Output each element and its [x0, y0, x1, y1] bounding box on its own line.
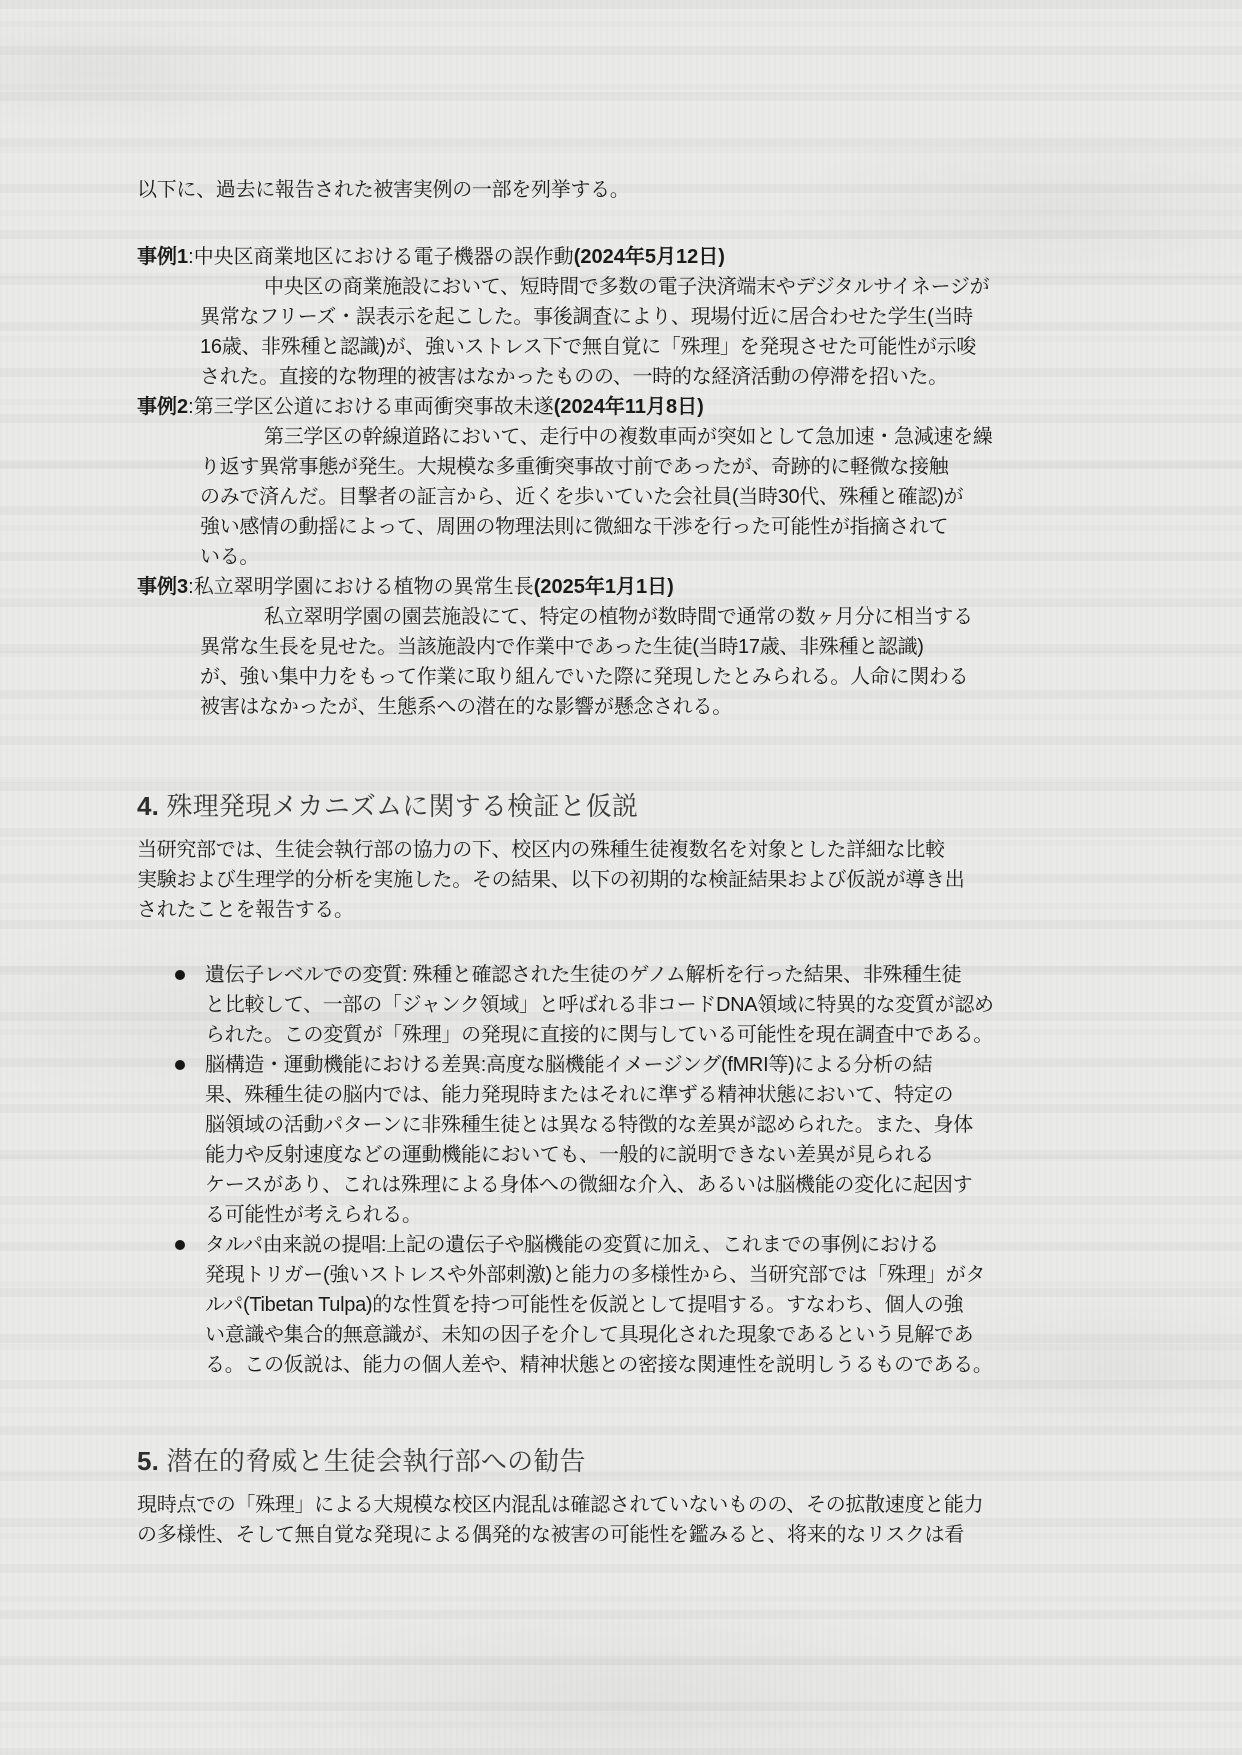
case-3-line: 被害はなかったが、生態系への潜在的な影響が懸念される。: [200, 692, 1117, 722]
scanned-document-page: 以下に、過去に報告された被害実例の一部を列挙する。 事例1:中央区商業地区におけ…: [0, 0, 1242, 1755]
bullet-tulpa-text: タルパ由来説の提唱:上記の遺伝子や脳機能の変質に加え、これまでの事例における 発…: [205, 1230, 1117, 1380]
case-2-line: り返す異常事態が発生。大規模な多重衝突事故寸前であったが、奇跡的に軽微な接触: [200, 452, 1117, 482]
case-1-heading: 事例1:中央区商業地区における電子機器の誤作動(2024年5月12日): [137, 242, 1117, 272]
case-2-line: のみで済んだ。目撃者の証言から、近くを歩いていた会社員(当時30代、殊種と確認)…: [200, 482, 1117, 512]
bullet-icon: [175, 970, 185, 980]
paragraph-line: の多様性、そして無自覚な発現による偶発的な被害の可能性を鑑みると、将来的なリスク…: [137, 1520, 1117, 1550]
bullet-brain-text: 脳構造・運動機能における差異:高度な脳機能イメージング(fMRI等)による分析の…: [205, 1050, 1117, 1230]
bullet-line: 脳構造・運動機能における差異:高度な脳機能イメージング(fMRI等)による分析の…: [205, 1050, 1117, 1080]
section-4-title: 殊理発現メカニズムに関する検証と仮説: [167, 791, 639, 821]
bullet-line: と比較して、一部の「ジャンク領域」と呼ばれる非コードDNA領域に特異的な変質が認…: [205, 990, 1117, 1020]
case-3-label: 事例3: [137, 576, 188, 598]
section-5-title: 潜在的脅威と生徒会執行部への勧告: [167, 1446, 586, 1476]
paragraph-line: 実験および生理学的分析を実施した。その結果、以下の初期的な検証結果および仮説が導…: [137, 865, 1117, 895]
case-3-date: (2025年1月1日): [534, 576, 674, 598]
case-3-body: 私立翠明学園の園芸施設にて、特定の植物が数時間で通常の数ヶ月分に相当する 異常な…: [137, 602, 1117, 722]
case-2-title: 第三学区公道における車両衝突事故未遂: [194, 396, 554, 418]
section-5-paragraph: 現時点での「殊理」による大規模な校区内混乱は確認されていないものの、その拡散速度…: [137, 1490, 1117, 1550]
bullet-line: 能力や反射速度などの運動機能においても、一般的に説明できない差異が見られる: [205, 1140, 1117, 1170]
case-2: 事例2:第三学区公道における車両衝突事故未遂(2024年11月8日) 第三学区の…: [137, 392, 1117, 572]
intro-line: 以下に、過去に報告された被害実例の一部を列挙する。: [137, 175, 1117, 205]
case-1-line: 16歳、非殊種と認識)が、強いストレス下で無自覚に「殊理」を発現させた可能性が示…: [200, 332, 1117, 362]
case-1-line: 中央区の商業施設において、短時間で多数の電子決済端末やデジタルサイネージが: [200, 272, 1117, 302]
bullet-line: 遺伝子レベルでの変質: 殊種と確認された生徒のゲノム解析を行った結果、非殊種生徒: [205, 960, 1117, 990]
bullet-line: る。この仮説は、能力の個人差や、精神状態との密接な関連性を説明しうるものである。: [205, 1350, 1117, 1380]
bullet-icon: [175, 1240, 185, 1250]
bullet-line: る可能性が考えられる。: [205, 1200, 1117, 1230]
case-3-line: が、強い集中力をもって作業に取り組んでいた際に発現したとみられる。人命に関わる: [200, 662, 1117, 692]
case-1-line: された。直接的な物理的被害はなかったものの、一時的な経済活動の停滞を招いた。: [200, 362, 1117, 392]
bullet-line: タルパ由来説の提唱:上記の遺伝子や脳機能の変質に加え、これまでの事例における: [205, 1230, 1117, 1260]
findings-bullet-list: 遺伝子レベルでの変質: 殊種と確認された生徒のゲノム解析を行った結果、非殊種生徒…: [137, 960, 1117, 1380]
case-2-heading: 事例2:第三学区公道における車両衝突事故未遂(2024年11月8日): [137, 392, 1117, 422]
bullet-line: 果、殊種生徒の脳内では、能力発現時またはそれに準ずる精神状態において、特定の: [205, 1080, 1117, 1110]
case-2-line: 第三学区の幹線道路において、走行中の複数車両が突如として急加速・急減速を繰: [200, 422, 1117, 452]
case-1-title: 中央区商業地区における電子機器の誤作動: [194, 246, 574, 268]
paragraph-line: 当研究部では、生徒会執行部の協力の下、校区内の殊種生徒複数名を対象とした詳細な比…: [137, 835, 1117, 865]
paragraph-line: されたことを報告する。: [137, 895, 1117, 925]
case-1-line: 異常なフリーズ・誤表示を起こした。事後調査により、現場付近に居合わせた学生(当時: [200, 302, 1117, 332]
document-content: 以下に、過去に報告された被害実例の一部を列挙する。 事例1:中央区商業地区におけ…: [137, 175, 1117, 1753]
section-5-number: 5.: [137, 1446, 159, 1476]
case-1-body: 中央区の商業施設において、短時間で多数の電子決済端末やデジタルサイネージが 異常…: [137, 272, 1117, 392]
bullet-brain: 脳構造・運動機能における差異:高度な脳機能イメージング(fMRI等)による分析の…: [137, 1050, 1117, 1230]
section-5-heading: 5. 潜在的脅威と生徒会執行部への勧告: [137, 1443, 1117, 1479]
bullet-genetics-text: 遺伝子レベルでの変質: 殊種と確認された生徒のゲノム解析を行った結果、非殊種生徒…: [205, 960, 1117, 1050]
bullet-tulpa: タルパ由来説の提唱:上記の遺伝子や脳機能の変質に加え、これまでの事例における 発…: [137, 1230, 1117, 1380]
paragraph-line: 現時点での「殊理」による大規模な校区内混乱は確認されていないものの、その拡散速度…: [137, 1490, 1117, 1520]
case-2-line: 強い感情の動揺によって、周囲の物理法則に微細な干渉を行った可能性が指摘されて: [200, 512, 1117, 542]
bullet-line: ケースがあり、これは殊理による身体への微細な介入、あるいは脳機能の変化に起因す: [205, 1170, 1117, 1200]
section-4-number: 4.: [137, 791, 159, 821]
case-3-title: 私立翠明学園における植物の異常生長: [194, 576, 534, 598]
section-4-heading: 4. 殊理発現メカニズムに関する検証と仮説: [137, 788, 1117, 824]
bullet-line: ルパ(Tibetan Tulpa)的な性質を持つ可能性を仮説として提唱する。すな…: [205, 1290, 1117, 1320]
case-2-date: (2024年11月8日): [554, 396, 704, 418]
case-1-date: (2024年5月12日): [574, 246, 725, 268]
bullet-line: 発現トリガー(強いストレスや外部刺激)と能力の多様性から、当研究部では「殊理」が…: [205, 1260, 1117, 1290]
case-1: 事例1:中央区商業地区における電子機器の誤作動(2024年5月12日) 中央区の…: [137, 242, 1117, 392]
bullet-line: い意識や集合的無意識が、未知の因子を介して具現化された現象であるという見解であ: [205, 1320, 1117, 1350]
blank-paper-area: [137, 1550, 1117, 1753]
case-2-label: 事例2: [137, 396, 188, 418]
bullet-genetics: 遺伝子レベルでの変質: 殊種と確認された生徒のゲノム解析を行った結果、非殊種生徒…: [137, 960, 1117, 1050]
case-2-body: 第三学区の幹線道路において、走行中の複数車両が突如として急加速・急減速を繰 り返…: [137, 422, 1117, 572]
bullet-line: 脳領域の活動パターンに非殊種生徒とは異なる特徴的な差異が認められた。また、身体: [205, 1110, 1117, 1140]
bullet-line: られた。この変質が「殊理」の発現に直接的に関与している可能性を現在調査中である。: [205, 1020, 1117, 1050]
case-3: 事例3:私立翠明学園における植物の異常生長(2025年1月1日) 私立翠明学園の…: [137, 572, 1117, 722]
case-2-line: いる。: [200, 542, 1117, 572]
case-3-heading: 事例3:私立翠明学園における植物の異常生長(2025年1月1日): [137, 572, 1117, 602]
case-3-line: 異常な生長を見せた。当該施設内で作業中であった生徒(当時17歳、非殊種と認識): [200, 632, 1117, 662]
case-1-label: 事例1: [137, 246, 188, 268]
case-3-line: 私立翠明学園の園芸施設にて、特定の植物が数時間で通常の数ヶ月分に相当する: [200, 602, 1117, 632]
section-4-paragraph: 当研究部では、生徒会執行部の協力の下、校区内の殊種生徒複数名を対象とした詳細な比…: [137, 835, 1117, 925]
bullet-icon: [175, 1060, 185, 1070]
